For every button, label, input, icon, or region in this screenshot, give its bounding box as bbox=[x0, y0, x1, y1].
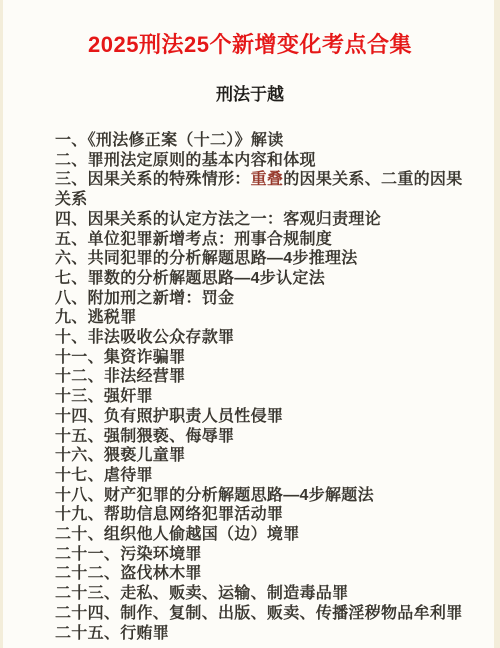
list-item: 二十、组织他人偷越国（边）境罪 bbox=[55, 525, 470, 545]
list-item: 十八、财产犯罪的分析解题思路—4步解题法 bbox=[55, 486, 470, 506]
item-text: 三、因果关系的特殊情形： bbox=[55, 171, 251, 188]
page-title: 2025刑法25个新增变化考点合集 bbox=[0, 32, 500, 58]
list-item: 十六、猥亵儿童罪 bbox=[55, 446, 470, 466]
list-item: 七、罪数的分析解题思路—4步认定法 bbox=[55, 269, 470, 289]
list-item: 二十二、盗伐林木罪 bbox=[55, 564, 470, 584]
list-item: 一、《刑法修正案（十二）》解读 bbox=[55, 131, 470, 151]
left-edge-strip bbox=[0, 0, 3, 648]
list-item: 十一、集资诈骗罪 bbox=[55, 348, 470, 368]
page-subtitle: 刑法于越 bbox=[0, 85, 500, 105]
list-item: 八、附加刑之新增：罚金 bbox=[55, 289, 470, 309]
list-item: 二十三、走私、贩卖、运输、制造毒品罪 bbox=[55, 584, 470, 604]
list-item: 十五、强制猥亵、侮辱罪 bbox=[55, 427, 470, 447]
list-item: 二十五、行贿罪 bbox=[55, 624, 470, 644]
list-item: 十三、强奸罪 bbox=[55, 387, 470, 407]
list-item: 十七、虐待罪 bbox=[55, 466, 470, 486]
list-item: 六、共同犯罪的分析解题思路—4步推理法 bbox=[55, 249, 470, 269]
list-item: 三、因果关系的特殊情形：重叠的因果关系、二重的因果关系 bbox=[55, 170, 470, 209]
list-item: 十四、负有照护职责人员性侵罪 bbox=[55, 407, 470, 427]
list-item: 二、罪刑法定原则的基本内容和体现 bbox=[55, 151, 470, 171]
list-item: 十九、帮助信息网络犯罪活动罪 bbox=[55, 505, 470, 525]
list-item: 九、逃税罪 bbox=[55, 308, 470, 328]
list-item: 五、单位犯罪新增考点：刑事合规制度 bbox=[55, 230, 470, 250]
topic-list: 一、《刑法修正案（十二）》解读二、罪刑法定原则的基本内容和体现三、因果关系的特殊… bbox=[0, 131, 500, 643]
list-item: 四、因果关系的认定方法之一：客观归责理论 bbox=[55, 210, 470, 230]
list-item: 十、非法吸收公众存款罪 bbox=[55, 328, 470, 348]
list-item: 二十一、污染环境罪 bbox=[55, 545, 470, 565]
right-edge-strip bbox=[494, 0, 500, 648]
list-item: 十二、非法经营罪 bbox=[55, 367, 470, 387]
list-item: 二十四、制作、复制、出版、贩卖、传播淫秽物品牟利罪 bbox=[55, 604, 470, 624]
emphasized-text: 重叠 bbox=[251, 171, 284, 188]
